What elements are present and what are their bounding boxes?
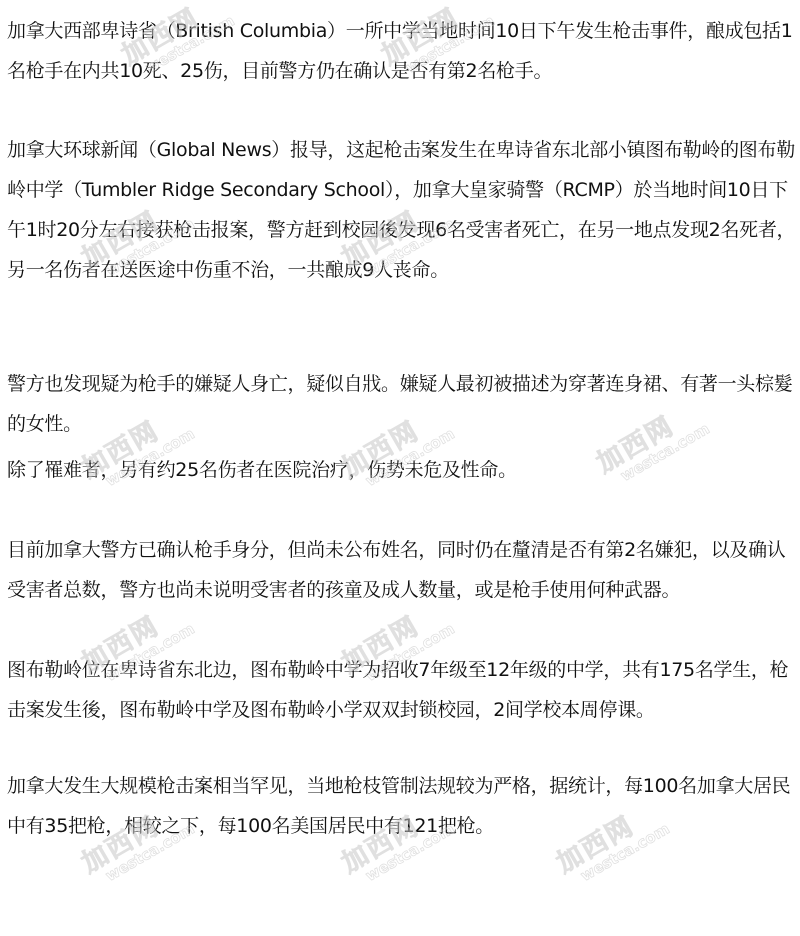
paragraph: 加拿大环球新闻（Global News）报导，这起枪击案发生在卑诗省东北部小镇图… [7, 130, 797, 290]
paragraph: 警方也发现疑为枪手的嫌疑人身亡，疑似自戕。嫌疑人最初被描述为穿著连身裙、有著一头… [7, 364, 797, 444]
paragraph: 目前加拿大警方已确认枪手身分，但尚未公布姓名，同时仍在釐清是否有第2名嫌犯，以及… [7, 530, 797, 610]
paragraph: 图布勒岭位在卑诗省东北边，图布勒岭中学为招收7年级至12年级的中学，共有175名… [7, 650, 797, 730]
paragraph: 加拿大发生大规模枪击案相当罕见，当地枪枝管制法规较为严格，据统计，每100名加拿… [7, 766, 797, 846]
paragraph: 除了罹难者，另有约25名伤者在医院治疗，伤势未危及性命。 [7, 450, 517, 490]
paragraph: 加拿大西部卑诗省（British Columbia）一所中学当地时间10日下午发… [7, 11, 797, 91]
